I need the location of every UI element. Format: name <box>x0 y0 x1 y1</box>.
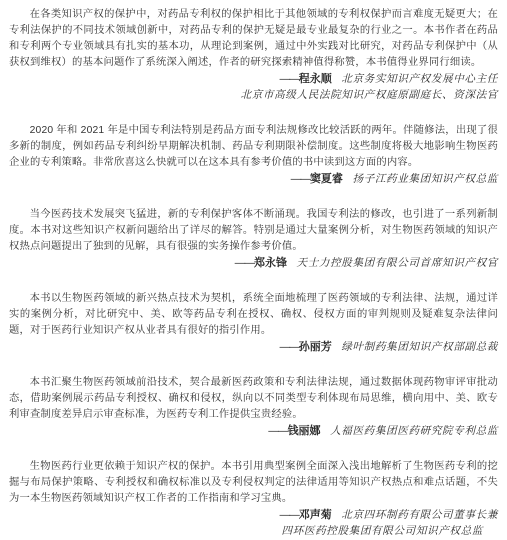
endorsement-text: 当今医药技术发展突飞猛进，新的专利保护客体不断涌现。我国专利法的修改，也引进了一… <box>9 207 498 255</box>
attribution-line: 四环医药控股集团有限公司知识产权总监 <box>9 524 498 540</box>
endorser-name: 郑永锋 <box>254 257 287 269</box>
endorser-title: 北京务实知识产权发展中心主任 <box>341 74 498 85</box>
attribution-3: ——郑永锋天士力控股集团有限公司首席知识产权官 <box>9 255 498 272</box>
attribution-5: ——钱丽娜人福医药集团医药研究院专利总监 <box>9 423 498 440</box>
endorser-title: 人福医药集团医药研究院专利总监 <box>330 426 498 437</box>
endorser-title: 扬子江药业集团知识产权总监 <box>352 174 498 185</box>
attribution-6: ——邓声菊北京四环制药有限公司董事长兼 四环医药控股集团有限公司知识产权总监 <box>9 507 498 540</box>
attribution-line: ——邓声菊北京四环制药有限公司董事长兼 <box>9 507 498 524</box>
endorser-name: 邓声菊 <box>299 509 332 521</box>
attribution-dash: —— <box>280 342 299 353</box>
endorser-title: 北京四环制药有限公司董事长兼 <box>341 510 498 521</box>
attribution-dash: —— <box>268 426 287 437</box>
endorsement-6: 生物医药行业更依赖于知识产权的保护。本书引用典型案例全面深入浅出地解析了生物医药… <box>9 459 498 540</box>
endorser-title: 四环医药控股集团有限公司知识产权总监 <box>282 526 484 537</box>
attribution-line: ——钱丽娜人福医药集团医药研究院专利总监 <box>9 423 498 440</box>
attribution-line: ——郑永锋天士力控股集团有限公司首席知识产权官 <box>9 255 498 272</box>
endorsement-4: 本书以生物医药领域的新兴热点技术为契机，系统全面地梳理了医药领域的专利法律、法规… <box>9 291 498 356</box>
attribution-line: ——窦夏睿扬子江药业集团知识产权总监 <box>9 171 498 188</box>
endorsement-2: 2020 年和 2021 年是中国专利法特别是药品方面专利法规修改比较活跃的两年… <box>9 123 498 188</box>
attribution-dash: —— <box>235 258 254 269</box>
attribution-dash: —— <box>291 174 310 185</box>
endorser-name: 程永顺 <box>299 73 332 85</box>
endorser-title: 绿叶制药集团知识产权部副总裁 <box>341 342 498 353</box>
endorser-name: 窦夏睿 <box>310 173 343 185</box>
endorsement-text: 2020 年和 2021 年是中国专利法特别是药品方面专利法规修改比较活跃的两年… <box>9 123 498 171</box>
attribution-2: ——窦夏睿扬子江药业集团知识产权总监 <box>9 171 498 188</box>
endorsement-text: 本书以生物医药领域的新兴热点技术为契机，系统全面地梳理了医药领域的专利法律、法规… <box>9 291 498 339</box>
endorser-name: 孙丽芳 <box>299 341 332 353</box>
attribution-1: ——程永顺北京务实知识产权发展中心主任 北京市高级人民法院知识产权庭原副庭长、资… <box>9 71 498 104</box>
endorsement-text: 本书汇聚生物医药领域前沿技术，契合最新医药政策和专利法律法规，通过数据体现药物审… <box>9 375 498 423</box>
attribution-4: ——孙丽芳绿叶制药集团知识产权部副总裁 <box>9 339 498 356</box>
endorser-name: 钱丽娜 <box>288 425 321 437</box>
attribution-line: 北京市高级人民法院知识产权庭原副庭长、资深法官 <box>9 88 498 104</box>
endorser-title: 北京市高级人民法院知识产权庭原副庭长、资深法官 <box>241 90 498 101</box>
attribution-dash: —— <box>280 74 299 85</box>
endorsement-3: 当今医药技术发展突飞猛进，新的专利保护客体不断涌现。我国专利法的修改，也引进了一… <box>9 207 498 272</box>
endorser-title: 天士力控股集团有限公司首席知识产权官 <box>297 258 499 269</box>
endorsement-1: 在各类知识产权的保护中，对药品专利权的保护相比于其他领域的专利权保护而言难度无疑… <box>9 7 498 104</box>
endorsement-5: 本书汇聚生物医药领域前沿技术，契合最新医药政策和专利法律法规，通过数据体现药物审… <box>9 375 498 440</box>
attribution-line: ——孙丽芳绿叶制药集团知识产权部副总裁 <box>9 339 498 356</box>
endorsement-text: 在各类知识产权的保护中，对药品专利权的保护相比于其他领域的专利权保护而言难度无疑… <box>9 7 498 71</box>
endorsement-text: 生物医药行业更依赖于知识产权的保护。本书引用典型案例全面深入浅出地解析了生物医药… <box>9 459 498 507</box>
endorsements-page: 在各类知识产权的保护中，对药品专利权的保护相比于其他领域的专利权保护而言难度无疑… <box>0 0 507 540</box>
attribution-dash: —— <box>280 510 299 521</box>
attribution-line: ——程永顺北京务实知识产权发展中心主任 <box>9 71 498 88</box>
